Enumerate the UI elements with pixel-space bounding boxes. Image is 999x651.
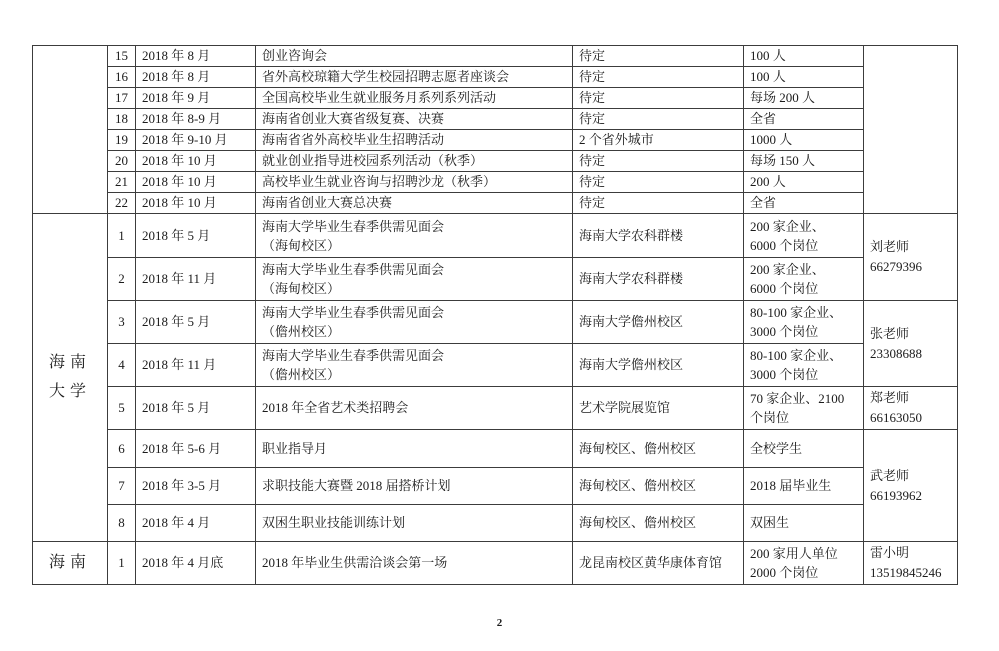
cell-contact: 雷小明 13519845246 xyxy=(864,542,958,585)
cell-date: 2018 年 10 月 xyxy=(136,172,256,193)
cell-venue: 待定 xyxy=(573,151,744,172)
contact-name: 刘老师 xyxy=(870,237,952,257)
cell-num: 7 xyxy=(108,468,136,505)
cell-scale: 每场 200 人 xyxy=(744,88,864,109)
cell-scale: 100 人 xyxy=(744,67,864,88)
cell-event: 双困生职业技能训练计划 xyxy=(256,505,573,542)
cell-date: 2018 年 9-10 月 xyxy=(136,130,256,151)
cell-date: 2018 年 5-6 月 xyxy=(136,430,256,468)
cell-venue: 海南大学儋州校区 xyxy=(573,344,744,387)
cell-venue: 海甸校区、儋州校区 xyxy=(573,505,744,542)
event-schedule-table: 15 2018 年 8 月 创业咨询会 待定 100 人 16 2018 年 8… xyxy=(32,45,958,585)
contact-phone: 66163050 xyxy=(870,408,952,428)
contact-phone: 66193962 xyxy=(870,486,952,506)
cell-date: 2018 年 3-5 月 xyxy=(136,468,256,505)
cell-date: 2018 年 10 月 xyxy=(136,193,256,214)
table-row: 20 2018 年 10 月 就业创业指导进校园系列活动（秋季） 待定 每场 1… xyxy=(33,151,958,172)
cell-date: 2018 年 8 月 xyxy=(136,67,256,88)
table-row: 7 2018 年 3-5 月 求职技能大赛暨 2018 届搭桥计划 海甸校区、儋… xyxy=(33,468,958,505)
cell-scale: 全省 xyxy=(744,109,864,130)
cell-num: 8 xyxy=(108,505,136,542)
contact-phone: 13519845246 xyxy=(870,563,952,583)
cell-date: 2018 年 5 月 xyxy=(136,301,256,344)
cell-venue: 海南大学农科群楼 xyxy=(573,214,744,258)
cell-date: 2018 年 10 月 xyxy=(136,151,256,172)
cell-event: 就业创业指导进校园系列活动（秋季） xyxy=(256,151,573,172)
cell-event: 求职技能大赛暨 2018 届搭桥计划 xyxy=(256,468,573,505)
org-label: 海南 xyxy=(35,554,105,572)
cell-num: 4 xyxy=(108,344,136,387)
cell-num: 22 xyxy=(108,193,136,214)
cell-contact: 张老师 23308688 xyxy=(864,301,958,387)
cell-contact-empty xyxy=(864,46,958,214)
cell-event: 海南大学毕业生春季供需见面会 （海甸校区） xyxy=(256,258,573,301)
table-row: 海南 大学 1 2018 年 5 月 海南大学毕业生春季供需见面会 （海甸校区）… xyxy=(33,214,958,258)
cell-venue: 艺术学院展览馆 xyxy=(573,387,744,430)
cell-num: 6 xyxy=(108,430,136,468)
cell-scale: 200 家企业、 6000 个岗位 xyxy=(744,258,864,301)
cell-venue: 待定 xyxy=(573,172,744,193)
cell-event: 海南省创业大赛省级复赛、决赛 xyxy=(256,109,573,130)
cell-num: 19 xyxy=(108,130,136,151)
table-row: 海南 1 2018 年 4 月底 2018 年毕业生供需洽谈会第一场 龙昆南校区… xyxy=(33,542,958,585)
cell-event: 全国高校毕业生就业服务月系列系列活动 xyxy=(256,88,573,109)
table-row: 5 2018 年 5 月 2018 年全省艺术类招聘会 艺术学院展览馆 70 家… xyxy=(33,387,958,430)
cell-scale: 200 家用人单位 2000 个岗位 xyxy=(744,542,864,585)
table-row: 19 2018 年 9-10 月 海南省省外高校毕业生招聘活动 2 个省外城市 … xyxy=(33,130,958,151)
document-page: 15 2018 年 8 月 创业咨询会 待定 100 人 16 2018 年 8… xyxy=(0,0,999,651)
cell-venue: 海甸校区、儋州校区 xyxy=(573,430,744,468)
cell-num: 17 xyxy=(108,88,136,109)
contact-name: 张老师 xyxy=(870,324,952,344)
cell-venue: 待定 xyxy=(573,109,744,130)
cell-venue: 海南大学农科群楼 xyxy=(573,258,744,301)
cell-scale: 80-100 家企业、 3000 个岗位 xyxy=(744,301,864,344)
table-row: 16 2018 年 8 月 省外高校琼籍大学生校园招聘志愿者座谈会 待定 100… xyxy=(33,67,958,88)
cell-venue: 2 个省外城市 xyxy=(573,130,744,151)
cell-scale: 双困生 xyxy=(744,505,864,542)
org-label-line: 海南 xyxy=(35,352,105,374)
cell-venue: 海南大学儋州校区 xyxy=(573,301,744,344)
cell-event: 职业指导月 xyxy=(256,430,573,468)
cell-scale: 全校学生 xyxy=(744,430,864,468)
cell-scale: 80-100 家企业、 3000 个岗位 xyxy=(744,344,864,387)
cell-scale: 全省 xyxy=(744,193,864,214)
cell-date: 2018 年 4 月底 xyxy=(136,542,256,585)
cell-event: 高校毕业生就业咨询与招聘沙龙（秋季） xyxy=(256,172,573,193)
table-row: 17 2018 年 9 月 全国高校毕业生就业服务月系列系列活动 待定 每场 2… xyxy=(33,88,958,109)
cell-event: 海南省省外高校毕业生招聘活动 xyxy=(256,130,573,151)
cell-num: 1 xyxy=(108,542,136,585)
contact-phone: 66279396 xyxy=(870,257,952,277)
cell-date: 2018 年 9 月 xyxy=(136,88,256,109)
cell-num: 5 xyxy=(108,387,136,430)
cell-org-empty xyxy=(33,46,108,214)
cell-scale: 2018 届毕业生 xyxy=(744,468,864,505)
cell-scale: 100 人 xyxy=(744,46,864,67)
cell-scale: 200 人 xyxy=(744,172,864,193)
cell-event: 省外高校琼籍大学生校园招聘志愿者座谈会 xyxy=(256,67,573,88)
cell-org-hainan: 海南 xyxy=(33,542,108,585)
contact-name: 武老师 xyxy=(870,466,952,486)
cell-event: 海南省创业大赛总决赛 xyxy=(256,193,573,214)
cell-num: 16 xyxy=(108,67,136,88)
table-row: 2 2018 年 11 月 海南大学毕业生春季供需见面会 （海甸校区） 海南大学… xyxy=(33,258,958,301)
table-row: 6 2018 年 5-6 月 职业指导月 海甸校区、儋州校区 全校学生 武老师 … xyxy=(33,430,958,468)
cell-date: 2018 年 11 月 xyxy=(136,344,256,387)
cell-num: 18 xyxy=(108,109,136,130)
cell-contact: 刘老师 66279396 xyxy=(864,214,958,301)
cell-event: 海南大学毕业生春季供需见面会 （儋州校区） xyxy=(256,301,573,344)
cell-scale: 200 家企业、 6000 个岗位 xyxy=(744,214,864,258)
cell-date: 2018 年 5 月 xyxy=(136,214,256,258)
table-row: 21 2018 年 10 月 高校毕业生就业咨询与招聘沙龙（秋季） 待定 200… xyxy=(33,172,958,193)
table-row: 8 2018 年 4 月 双困生职业技能训练计划 海甸校区、儋州校区 双困生 xyxy=(33,505,958,542)
cell-num: 20 xyxy=(108,151,136,172)
cell-event: 海南大学毕业生春季供需见面会 （儋州校区） xyxy=(256,344,573,387)
cell-event: 2018 年全省艺术类招聘会 xyxy=(256,387,573,430)
table-row: 15 2018 年 8 月 创业咨询会 待定 100 人 xyxy=(33,46,958,67)
cell-num: 1 xyxy=(108,214,136,258)
cell-org-hainan-university: 海南 大学 xyxy=(33,214,108,542)
cell-event: 创业咨询会 xyxy=(256,46,573,67)
table-row: 18 2018 年 8-9 月 海南省创业大赛省级复赛、决赛 待定 全省 xyxy=(33,109,958,130)
page-number: 2 xyxy=(0,617,999,629)
org-label-line: 大学 xyxy=(35,381,105,403)
cell-event: 2018 年毕业生供需洽谈会第一场 xyxy=(256,542,573,585)
cell-event: 海南大学毕业生春季供需见面会 （海甸校区） xyxy=(256,214,573,258)
cell-venue: 待定 xyxy=(573,88,744,109)
cell-date: 2018 年 11 月 xyxy=(136,258,256,301)
contact-phone: 23308688 xyxy=(870,344,952,364)
table-row: 22 2018 年 10 月 海南省创业大赛总决赛 待定 全省 xyxy=(33,193,958,214)
table-row: 4 2018 年 11 月 海南大学毕业生春季供需见面会 （儋州校区） 海南大学… xyxy=(33,344,958,387)
cell-venue: 海甸校区、儋州校区 xyxy=(573,468,744,505)
cell-venue: 待定 xyxy=(573,46,744,67)
cell-contact: 郑老师 66163050 xyxy=(864,387,958,430)
cell-date: 2018 年 4 月 xyxy=(136,505,256,542)
cell-venue: 待定 xyxy=(573,67,744,88)
cell-num: 21 xyxy=(108,172,136,193)
cell-scale: 每场 150 人 xyxy=(744,151,864,172)
cell-scale: 1000 人 xyxy=(744,130,864,151)
cell-venue: 待定 xyxy=(573,193,744,214)
cell-num: 3 xyxy=(108,301,136,344)
cell-num: 15 xyxy=(108,46,136,67)
cell-date: 2018 年 5 月 xyxy=(136,387,256,430)
contact-name: 郑老师 xyxy=(870,388,952,408)
cell-num: 2 xyxy=(108,258,136,301)
cell-contact: 武老师 66193962 xyxy=(864,430,958,542)
contact-name: 雷小明 xyxy=(870,543,952,563)
cell-date: 2018 年 8-9 月 xyxy=(136,109,256,130)
cell-date: 2018 年 8 月 xyxy=(136,46,256,67)
cell-venue: 龙昆南校区黄华康体育馆 xyxy=(573,542,744,585)
table-row: 3 2018 年 5 月 海南大学毕业生春季供需见面会 （儋州校区） 海南大学儋… xyxy=(33,301,958,344)
cell-scale: 70 家企业、2100 个岗位 xyxy=(744,387,864,430)
